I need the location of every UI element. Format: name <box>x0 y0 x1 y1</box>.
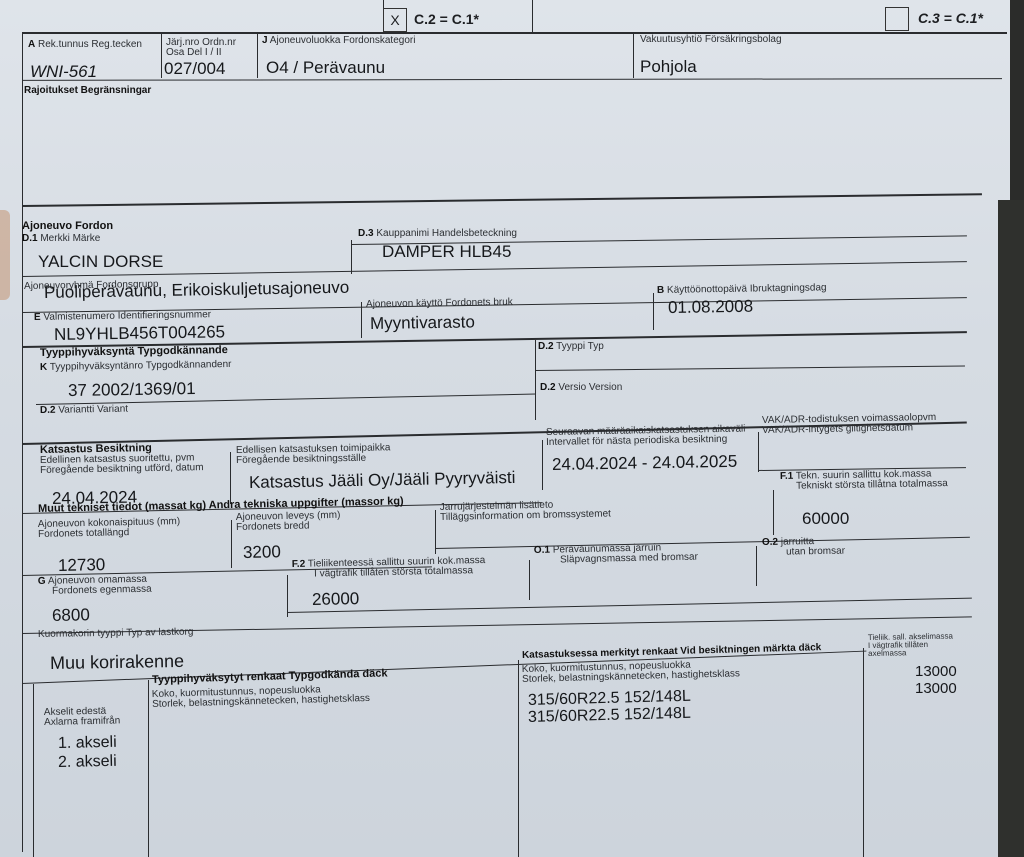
type-approval-title: Tyyppihyväksyntä Typgodkännande <box>40 344 228 359</box>
divider <box>535 365 965 371</box>
inspection-place-value: Katsastus Jääli Oy/Jääli Pyyryväisti <box>249 468 516 493</box>
approval-number-value: 37 2002/1369/01 <box>68 379 196 401</box>
insurer-value: Pohjola <box>640 57 697 77</box>
variant-label: D.2 Variantti Variant <box>40 405 128 416</box>
f2-value: 26000 <box>312 589 360 610</box>
divider <box>863 648 864 857</box>
divider <box>773 490 774 535</box>
divider <box>33 684 34 857</box>
first-reg-label: B Käyttöönottopäivä Ibruktagningsdag <box>657 283 827 296</box>
version-label: D.2 Versio Version <box>540 383 622 393</box>
c3-checkbox[interactable] <box>885 7 909 31</box>
divider <box>231 520 232 568</box>
insurer-label: Vakuutusyhtiö Försäkringsbolag <box>640 35 782 45</box>
next-inspection-label: Seuraavan määräaikaiskatsastuksen aikavä… <box>546 425 746 448</box>
restrictions-label: Rajoitukset Begränsningar <box>24 85 151 96</box>
divider <box>351 240 352 274</box>
body-type-label: Kuormakorin tyyppi Typ av lastkorg <box>38 628 194 640</box>
f1-label: F.1 Tekn. suurin sallittu kok.massaTekni… <box>780 469 948 492</box>
divider <box>653 293 654 330</box>
divider <box>230 452 231 504</box>
divider <box>542 440 543 490</box>
body-type-value: Muu korirakenne <box>50 651 184 674</box>
divider <box>633 32 634 78</box>
make-label: D.1 Merkki Märke <box>22 234 100 244</box>
divider <box>532 0 533 32</box>
divider <box>361 302 362 338</box>
registration-certificate: X C.2 = C.1* C.3 = C.1* A Rek.tunnus Reg… <box>0 0 1010 857</box>
c2-label: C.2 = C.1* <box>414 11 479 27</box>
axles-label: Akselit edestäAxlarna framifrån <box>44 706 121 728</box>
trade-label: D.3 Kauppanimi Handelsbeteckning <box>358 229 517 239</box>
reg-label: A Rek.tunnus Reg.tecken <box>28 40 142 50</box>
c2-checkbox[interactable]: X <box>383 8 407 32</box>
ordn-value: 027/004 <box>164 59 225 79</box>
divider <box>22 261 967 277</box>
divider <box>287 575 288 617</box>
g-value: 6800 <box>52 605 90 626</box>
make-value: YALCIN DORSE <box>38 252 163 272</box>
o2-label: O.2 jarruittautan bromsar <box>762 537 845 558</box>
inspection-place-label: Edellisen katsastuksen toimipaikkaFöregå… <box>236 443 391 466</box>
background-edge <box>998 200 1024 857</box>
divider <box>287 598 972 613</box>
marked-tyre-2: 315/60R22.5 152/148L <box>528 705 691 727</box>
divider <box>529 560 530 600</box>
c3-label: C.3 = C.1* <box>918 10 983 26</box>
type-label: D.2 Tyyppi Typ <box>538 342 604 352</box>
divider <box>435 537 970 549</box>
divider <box>22 193 982 207</box>
o1-label: O.1 Perävaunumassa jarruinSläpvagnsmassa… <box>534 543 698 566</box>
f2-label: F.2 Tieliikenteessä sallittu suurin kok.… <box>292 556 486 580</box>
divider <box>161 32 162 78</box>
adr-label: VAK/ADR-todistuksen voimassaolopvmVAK/AD… <box>762 413 937 436</box>
use-value: Myyntivarasto <box>370 312 475 334</box>
marked-tyres-label: Koko, kuormitustunnus, nopeusluokkaStorl… <box>522 659 740 685</box>
group-value: Puoliperävaunu, Erikoiskuljetusajoneuvo <box>44 278 350 303</box>
thumb <box>0 210 10 300</box>
first-reg-value: 01.08.2008 <box>668 297 753 318</box>
divider <box>148 680 149 857</box>
class-label: J Ajoneuvoluokka Fordonskategori <box>262 36 415 46</box>
brake-info-label: Jarrujärjestelmän lisätietoTilläggsinfor… <box>440 499 611 523</box>
vin-label: E Valmistenumero Identifieringsnummer <box>34 310 211 323</box>
g-label: G Ajoneuvon omamassaFordonets egenmassa <box>38 575 152 597</box>
divider <box>535 340 536 420</box>
vin-value: NL9YHLB456T004265 <box>54 322 225 345</box>
axle-mass-1: 13000 <box>915 663 957 680</box>
divider <box>756 546 757 586</box>
divider <box>257 32 258 78</box>
vehicle-section-title: Ajoneuvo Fordon <box>22 220 113 232</box>
axle-mass-label: Tieliik. sall. akselimassaI vägtrafik ti… <box>868 633 953 658</box>
axle-2: 2. akseli <box>58 753 117 772</box>
class-value: O4 / Perävaunu <box>266 58 385 78</box>
divider <box>758 432 759 472</box>
approval-number-label: K Tyyppihyväksyntänro Typgodkännandenr <box>40 360 232 373</box>
width-value: 3200 <box>243 542 281 563</box>
axle-mass-2: 13000 <box>915 680 957 697</box>
trade-value: DAMPER HLB45 <box>382 242 511 262</box>
axle-1: 1. akseli <box>58 734 117 753</box>
next-inspection-value: 24.04.2024 - 24.04.2025 <box>552 452 738 475</box>
approved-tyres-label: Koko, kuormitustunnus, nopeusluokkaStorl… <box>152 684 370 710</box>
use-label: Ajoneuvon käyttö Fordonets bruk <box>366 298 513 310</box>
last-inspection-label: Edellinen katsastus suoritettu, pvmFöreg… <box>40 453 204 476</box>
ordn-label: Järj.nro Ordn.nrOsa Del I / II <box>166 38 236 58</box>
f1-value: 60000 <box>802 509 849 529</box>
divider <box>22 32 1007 34</box>
approved-tyres-title: Tyyppihyväksytyt renkaat Typgodkända däc… <box>152 667 388 686</box>
length-label: Ajoneuvon kokonaispituus (mm)Fordonets t… <box>38 517 181 540</box>
width-label: Ajoneuvon leveys (mm)Fordonets bredd <box>236 511 341 533</box>
divider <box>518 660 519 857</box>
